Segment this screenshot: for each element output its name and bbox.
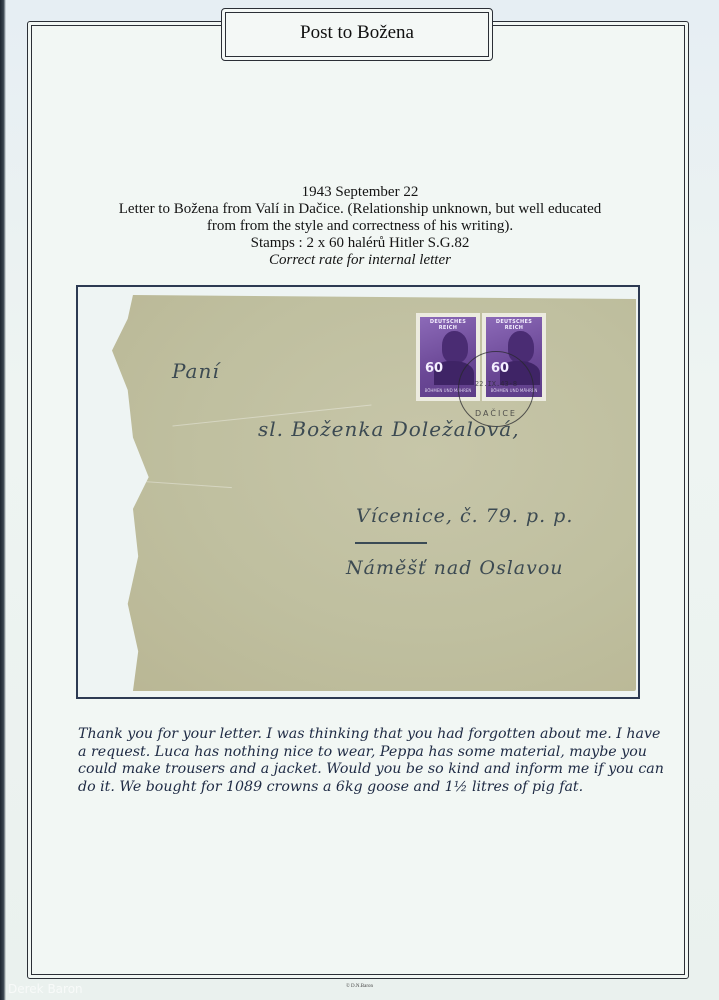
envelope-crease bbox=[112, 479, 232, 488]
cover-date: 1943 September 22 bbox=[60, 184, 660, 201]
address-underline bbox=[355, 542, 427, 544]
description-line-1: Letter to Božena from Valí in Dačice. (R… bbox=[60, 201, 660, 218]
address-salutation: Paní bbox=[172, 359, 220, 383]
description-line-2: from from the style and correctness of h… bbox=[60, 218, 660, 235]
stamps-description: Stamps : 2 x 60 halérů Hitler S.G.82 bbox=[60, 235, 660, 252]
photographer-watermark: Derek Baron bbox=[8, 982, 83, 996]
scan-edge-shadow bbox=[0, 0, 6, 1000]
stamp-value: 60 bbox=[425, 361, 443, 376]
page-title: Post to Božena bbox=[222, 22, 492, 44]
address-recipient: sl. Boženka Doležalová, bbox=[258, 417, 520, 441]
cover-description: 1943 September 22 Letter to Božena from … bbox=[60, 184, 660, 269]
postmark: 22.IX.43-8 DAČICE bbox=[458, 351, 534, 427]
postmark-date: 22.IX.43-8 bbox=[459, 380, 533, 388]
rate-note: Correct rate for internal letter bbox=[60, 252, 660, 269]
letter-translation: Thank you for your letter. I was thinkin… bbox=[78, 726, 668, 796]
envelope-image: DEUTSCHES REICH 60 BÖHMEN UND MÄHREN DEU… bbox=[112, 295, 636, 691]
envelope-photo-frame: DEUTSCHES REICH 60 BÖHMEN UND MÄHREN DEU… bbox=[76, 285, 640, 699]
copyright-note: © D.N.Baron bbox=[0, 984, 719, 989]
address-town: Náměšť nad Oslavou bbox=[346, 557, 564, 579]
stamp-header: DEUTSCHES REICH bbox=[420, 319, 476, 331]
portrait-head-icon bbox=[442, 331, 468, 363]
page-title-box: Post to Božena bbox=[221, 8, 493, 61]
address-street: Vícenice, č. 79. p. p. bbox=[356, 505, 573, 527]
stamp-header: DEUTSCHES REICH bbox=[486, 319, 542, 331]
